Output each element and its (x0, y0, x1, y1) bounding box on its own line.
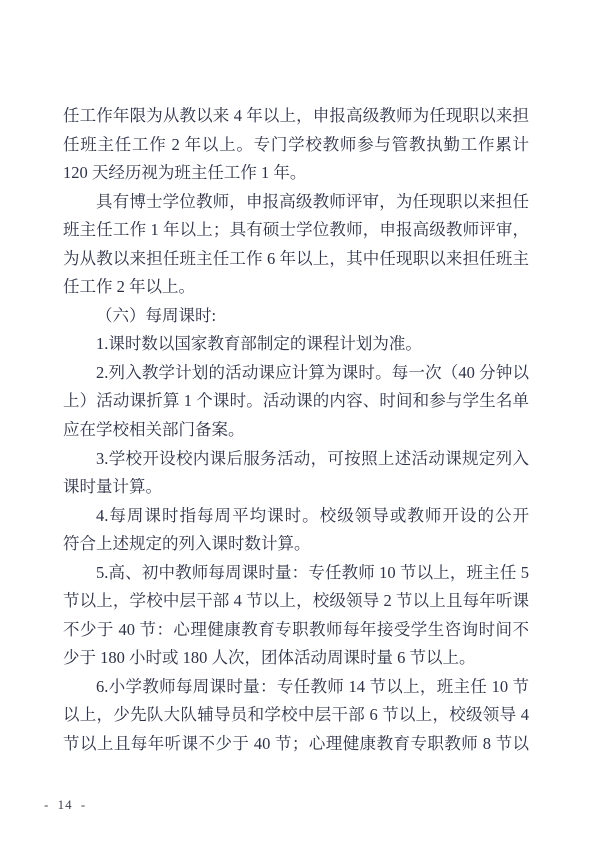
text-line: 为从教以来担任班主任工作 6 年以上，其中任现职以来担任班主 (63, 245, 529, 274)
text-line: 应在学校相关部门备案。 (63, 416, 529, 445)
text-line: 节以上，学校中层干部 4 节以上，校级领导 2 节以上且每年听课 (63, 587, 529, 616)
text-line: 4.每周课时指每周平均课时。校级领导或教师开设的公开课， (63, 502, 529, 531)
body-text: 任工作年限为从教以来 4 年以上，申报高级教师为任现职以来担任班主任工作 2 年… (63, 102, 529, 759)
text-line: 5.高、初中教师每周课时量：专任教师 10 节以上，班主任 5 (63, 559, 529, 588)
text-line: 班主任工作 1 年以上；具有硕士学位教师，申报高级教师评审， (63, 216, 529, 245)
text-line: 3.学校开设校内课后服务活动，可按照上述活动课规定列入 (63, 445, 529, 474)
text-line: 任工作年限为从教以来 4 年以上，申报高级教师为任现职以来担 (63, 102, 529, 131)
text-line: 任班主任工作 2 年以上。专门学校教师参与管教执勤工作累计 (63, 131, 529, 160)
text-line: 6.小学教师每周课时量：专任教师 14 节以上，班主任 10 节 (63, 673, 529, 702)
text-line: 1.课时数以国家教育部制定的课程计划为准。 (63, 330, 529, 359)
page-number: - 14 - (44, 795, 86, 815)
text-line: 节以上且每年听课不少于 40 节；心理健康教育专职教师 8 节以 (63, 730, 529, 759)
text-line: （六）每周课时: (63, 302, 529, 331)
text-line: 课时量计算。 (63, 473, 529, 502)
document-page: 任工作年限为从教以来 4 年以上，申报高级教师为任现职以来担任班主任工作 2 年… (0, 0, 598, 853)
text-line: 少于 180 小时或 180 人次，团体活动周课时量 6 节以上。 (63, 644, 529, 673)
text-line: 不少于 40 节：心理健康教育专职教师每年接受学生咨询时间不 (63, 616, 529, 645)
text-line: 任工作 2 年以上。 (63, 273, 529, 302)
text-line: 120 天经历视为班主任工作 1 年。 (63, 159, 529, 188)
text-line: 上）活动课折算 1 个课时。活动课的内容、时间和参与学生名单 (63, 387, 529, 416)
text-line: 2.列入教学计划的活动课应计算为课时。每一次（40 分钟以 (63, 359, 529, 388)
text-line: 以上，少先队大队辅导员和学校中层干部 6 节以上，校级领导 4 (63, 701, 529, 730)
text-line: 符合上述规定的列入课时数计算。 (63, 530, 529, 559)
text-line: 具有博士学位教师，申报高级教师评审，为任现职以来担任 (63, 188, 529, 217)
